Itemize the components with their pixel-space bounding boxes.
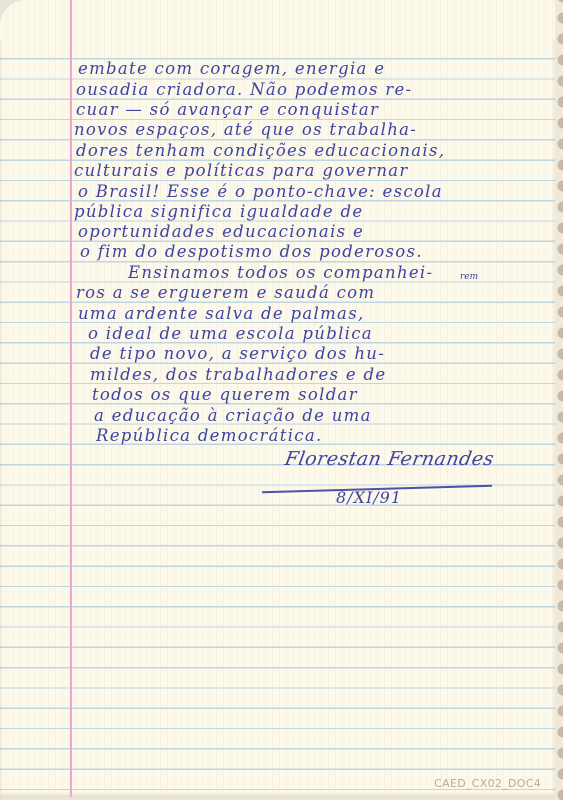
handwritten-line-1: embate com coragem, energia e bbox=[78, 61, 385, 78]
handwritten-line-8: pública significa igualdade de bbox=[74, 204, 363, 221]
handwritten-line-11: Ensinamos todos os companhei- bbox=[128, 265, 433, 282]
handwritten-line-18: a educação à criação de uma bbox=[94, 408, 372, 425]
signature: Florestan Fernandes bbox=[283, 448, 496, 470]
handwritten-line-9: oportunidades educacionais e bbox=[78, 224, 364, 241]
handwritten-line-17: todos os que querem soldar bbox=[92, 387, 358, 404]
margin-line bbox=[70, 0, 72, 797]
page-perforated-edge bbox=[553, 0, 563, 800]
handwritten-line-7: o Brasil! Esse é o ponto-chave: escola bbox=[78, 184, 443, 201]
handwritten-line-12: ros a se erguerem e saudá com bbox=[76, 285, 375, 302]
handwritten-line-14: o ideal de uma escola pública bbox=[88, 326, 373, 343]
notebook-page: embate com coragem, energia e ousadia cr… bbox=[0, 0, 555, 797]
handwritten-line-6: culturais e políticas para governar bbox=[74, 163, 409, 180]
archive-code: CAED_CX02_DOC4 bbox=[434, 777, 541, 790]
handwritten-insertion: rem bbox=[460, 272, 478, 282]
handwritten-line-19: República democrática. bbox=[96, 428, 323, 445]
handwritten-line-5: dores tenham condições educacionais, bbox=[76, 143, 445, 160]
date: 8/XI/91 bbox=[336, 488, 402, 507]
handwritten-line-15: de tipo novo, a serviço dos hu- bbox=[90, 346, 385, 363]
handwritten-line-3: cuar — só avançar e conquistar bbox=[76, 102, 379, 119]
handwritten-line-2: ousadia criadora. Não podemos re- bbox=[76, 82, 412, 99]
handwritten-line-10: o fim do despotismo dos poderosos. bbox=[80, 244, 423, 261]
handwritten-line-4: novos espaços, até que os trabalha- bbox=[74, 122, 417, 139]
handwritten-line-13: uma ardente salva de palmas, bbox=[78, 306, 365, 323]
handwritten-line-16: mildes, dos trabalhadores e de bbox=[90, 367, 386, 384]
